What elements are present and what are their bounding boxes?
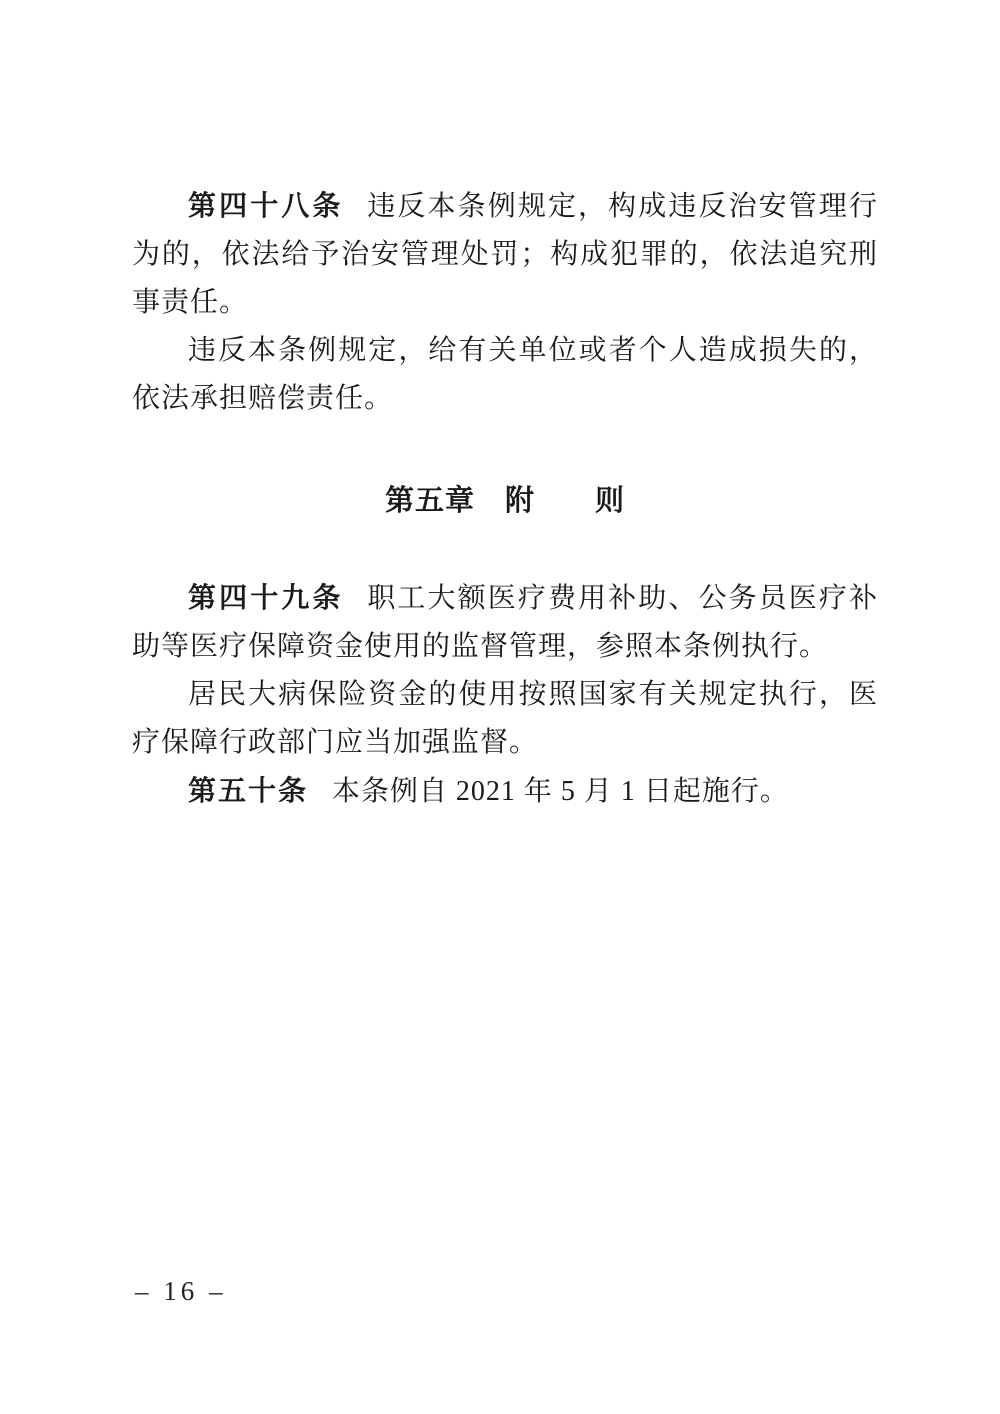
article-48-number: 第四十八条 [188,190,344,221]
article-49-paragraph: 第四十九条职工大额医疗费用补助、公务员医疗补助等医疗保障资金使用的监督管理，参照… [132,574,878,671]
document-page: 第四十八条违反本条例规定，构成违反治安管理行为的，依法给予治安管理处罚；构成犯罪… [0,0,1000,1414]
article-49-number: 第四十九条 [188,582,344,613]
article-49-continuation-paragraph: 居民大病保险资金的使用按照国家有关规定执行，医疗保障行政部门应当加强监督。 [132,671,878,767]
chapter-heading: 第五章 附 则 [132,477,878,525]
article-48-continuation-paragraph: 违反本条例规定，给有关单位或者个人造成损失的，依法承担赔偿责任。 [132,327,878,423]
page-number: – 16 – [135,1276,227,1306]
article-49-continuation-text: 居民大病保险资金的使用按照国家有关规定执行，医疗保障行政部门应当加强监督。 [132,679,878,758]
article-48-continuation-text: 违反本条例规定，给有关单位或者个人造成损失的，依法承担赔偿责任。 [132,335,878,414]
article-48-paragraph: 第四十八条违反本条例规定，构成违反治安管理行为的，依法给予治安管理处罚；构成犯罪… [132,182,878,327]
article-50-paragraph: 第五十条本条例自 2021 年 5 月 1 日起施行。 [132,767,878,816]
page-footer: – 16 – [135,1276,227,1307]
article-50-number: 第五十条 [188,775,308,806]
article-50-text: 本条例自 2021 年 5 月 1 日起施行。 [332,776,789,807]
document-body: 第四十八条违反本条例规定，构成违反治安管理行为的，依法给予治安管理处罚；构成犯罪… [132,182,878,816]
